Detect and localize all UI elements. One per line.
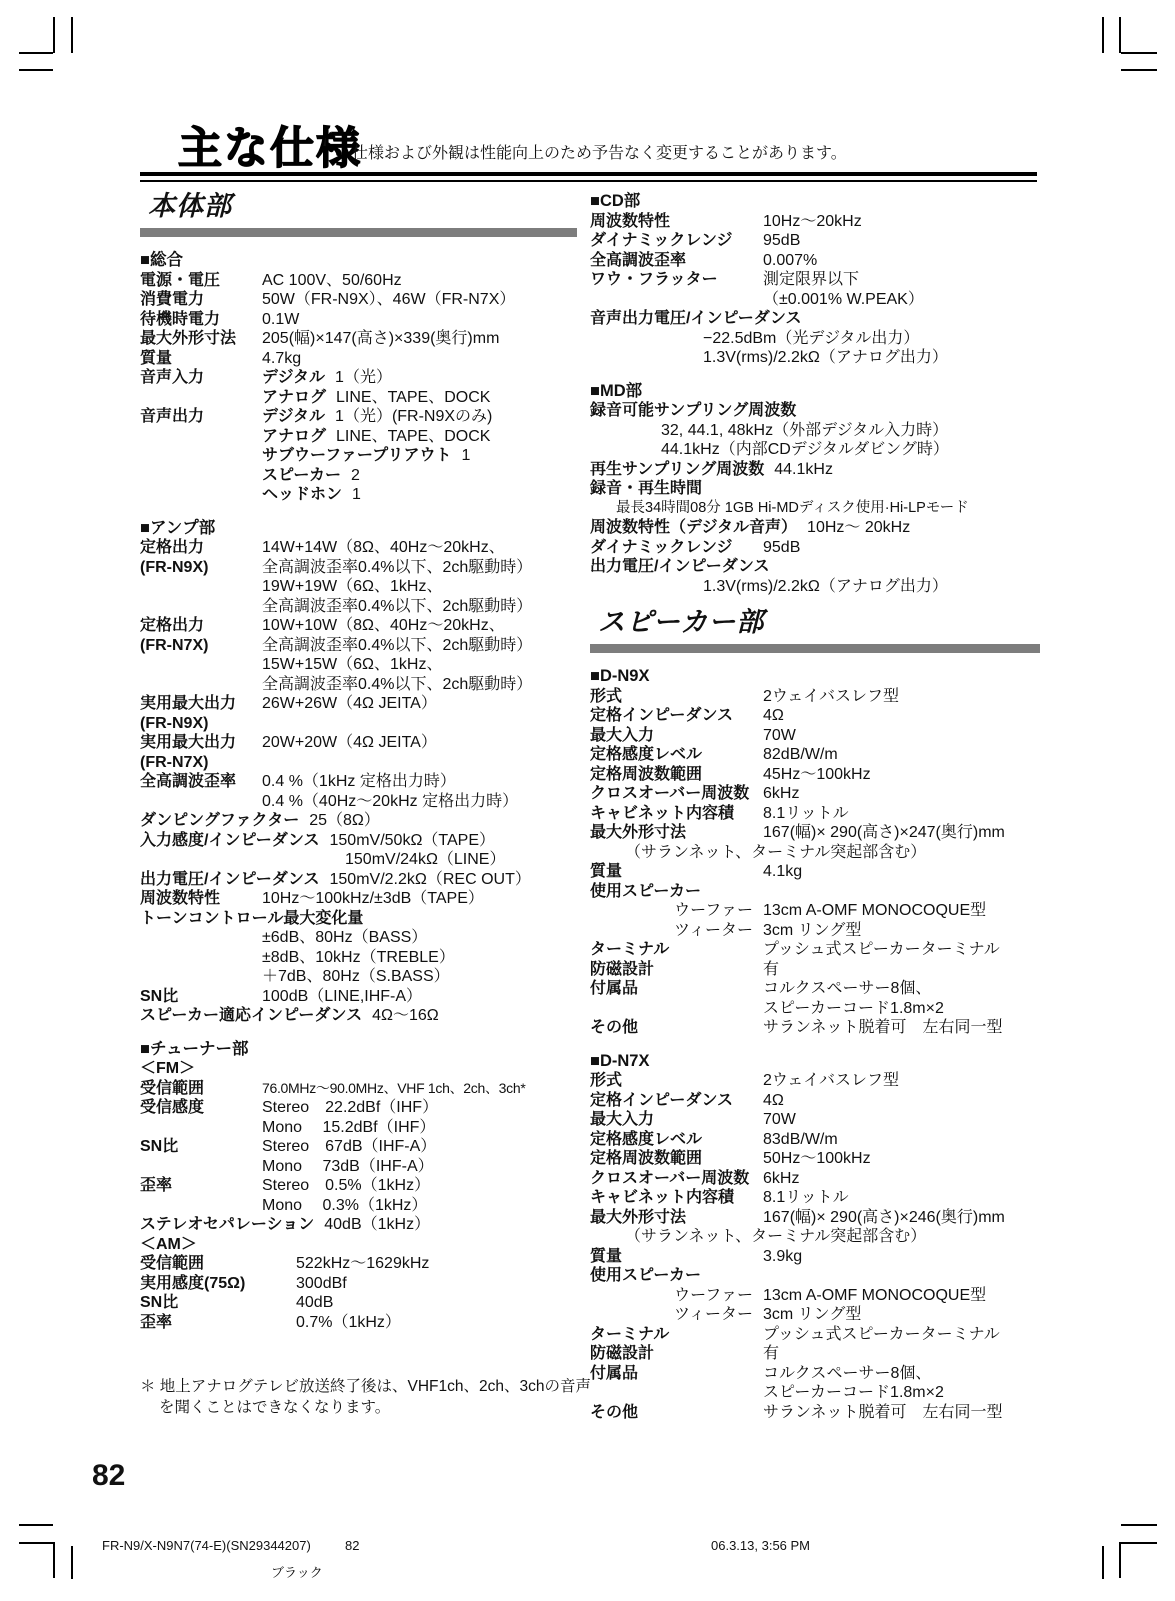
spec-value: 40dB bbox=[296, 1293, 333, 1313]
spec-value: （±0.001% W.PEAK） bbox=[763, 290, 924, 310]
spec-value: 2ウェイバスレフ型 bbox=[763, 687, 899, 707]
spec-section: ■アンプ部定格出力14W+14W（8Ω、40Hz〜20kHz、(FR-N9X)全… bbox=[140, 519, 577, 1026]
spec-section: ■MD部録音可能サンプリング周波数32, 44.1, 48kHz（外部デジタル入… bbox=[590, 382, 1040, 597]
spec-label: 周波数特性 bbox=[590, 212, 753, 232]
spec-value: 40dB（1kHz） bbox=[324, 1215, 430, 1235]
spec-value: 6kHz bbox=[763, 784, 799, 804]
spec-row: ターミナルプッシュ式スピーカーターミナル bbox=[590, 940, 1040, 960]
spec-row: サブウーファープリアウト1 bbox=[140, 446, 577, 466]
spec-value: 4.1kg bbox=[763, 862, 802, 882]
spec-label: 定格インピーダンス bbox=[590, 1091, 753, 1111]
spec-row: アナログLINE、TAPE、DOCK bbox=[140, 388, 577, 408]
spec-row: (FR-N7X)全高調波歪率0.4%以下、2ch駆動時） bbox=[140, 636, 577, 656]
spec-row: 使用スピーカー bbox=[590, 1266, 1040, 1286]
spec-value: 19W+19W（6Ω、1kHz、 bbox=[262, 577, 442, 597]
spec-sublabel: デジタル bbox=[262, 407, 325, 427]
spec-sublabel: アナログ bbox=[262, 427, 326, 447]
spec-row: 1.3V(rms)/2.2kΩ（アナログ出力） bbox=[590, 348, 1040, 368]
spec-row: 受信感度Stereo 22.2dBf（IHF） bbox=[140, 1098, 577, 1118]
spec-label: 全高調波歪率 bbox=[140, 772, 252, 792]
spec-label: SN比 bbox=[140, 1293, 286, 1313]
spec-label: (FR-N9X) bbox=[140, 558, 252, 578]
spec-value: 70W bbox=[763, 726, 796, 746]
spec-row: スピーカー2 bbox=[140, 466, 577, 486]
spec-value: 3.9kg bbox=[763, 1247, 802, 1267]
spec-row: 録音可能サンプリング周波数 bbox=[590, 401, 1040, 421]
spec-value: Mono 15.2dBf（IHF） bbox=[262, 1118, 435, 1138]
spec-value: プッシュ式スピーカーターミナル bbox=[763, 940, 1000, 960]
spec-value: 82dB/W/m bbox=[763, 745, 838, 765]
spec-label: 最大入力 bbox=[590, 1110, 753, 1130]
spec-row: 定格周波数範囲50Hz〜100kHz bbox=[590, 1149, 1040, 1169]
spec-label: キャビネット内容積 bbox=[590, 804, 753, 824]
spec-value: 全高調波歪率0.4%以下、2ch駆動時） bbox=[262, 597, 532, 617]
spec-row: 定格インピーダンス4Ω bbox=[590, 706, 1040, 726]
spec-value: Stereo 0.5%（1kHz） bbox=[262, 1176, 430, 1196]
spec-row: ヘッドホン1 bbox=[140, 485, 577, 505]
spec-row: 出力電圧/インピーダンス150mV/2.2kΩ（REC OUT） bbox=[140, 870, 577, 890]
spec-row: 全高調波歪率0.4%以下、2ch駆動時） bbox=[140, 675, 577, 695]
right-column: ■CD部周波数特性10Hz〜20kHzダイナミックレンジ95dB全高調波歪率0.… bbox=[590, 192, 1040, 1422]
spec-row: ワウ・フラッター測定限界以下 bbox=[590, 270, 1040, 290]
spec-value: 150mV/50kΩ（TAPE） bbox=[330, 831, 496, 851]
crop-mark bbox=[1102, 1546, 1104, 1579]
spec-value: サランネット脱着可 左右同一型 bbox=[763, 1018, 1003, 1038]
spec-value: スピーカーコード1.8m×2 bbox=[763, 1383, 944, 1403]
spec-row: 防磁設計有 bbox=[590, 960, 1040, 980]
spec-row: ウーファー13cm A-OMF MONOCOQUE型 bbox=[590, 901, 1040, 921]
spec-value: 全高調波歪率0.4%以下、2ch駆動時） bbox=[262, 558, 532, 578]
spec-row: 音声出力デジタル1（光）(FR-N9Xのみ) bbox=[140, 407, 577, 427]
spec-label: 実用最大出力 bbox=[140, 694, 252, 714]
crop-mark bbox=[1121, 52, 1157, 54]
crop-mark bbox=[19, 52, 53, 54]
spec-label: 最大外形寸法 bbox=[140, 329, 252, 349]
spec-value: 最長34時間08分 1GB Hi-MDディスク使用·Hi-LPモード bbox=[616, 499, 969, 519]
spec-row: (FR-N9X) bbox=[140, 714, 577, 734]
spec-label: 待機時電力 bbox=[140, 310, 252, 330]
spec-value: 1.3V(rms)/2.2kΩ（アナログ出力） bbox=[703, 577, 948, 597]
spec-label: ダイナミックレンジ bbox=[590, 538, 753, 558]
spec-row: 電源・電圧AC 100V、50/60Hz bbox=[140, 271, 577, 291]
spec-row: Mono 73dB（IHF-A） bbox=[140, 1157, 577, 1177]
spec-value: 3cm リング型 bbox=[763, 1305, 861, 1325]
spec-label: ツィーター bbox=[590, 921, 753, 941]
spec-row: 歪率Stereo 0.5%（1kHz） bbox=[140, 1176, 577, 1196]
spec-label: 形式 bbox=[590, 687, 753, 707]
spec-row: 32, 44.1, 48kHz（外部デジタル入力時） bbox=[590, 421, 1040, 441]
spec-label: クロスオーバー周波数 bbox=[590, 784, 753, 804]
spec-label: 受信感度 bbox=[140, 1098, 252, 1118]
spec-row: ±6dB、80Hz（BASS） bbox=[140, 928, 577, 948]
spec-label: 周波数特性 bbox=[140, 889, 252, 909]
spec-row: 15W+15W（6Ω、1kHz、 bbox=[140, 655, 577, 675]
spec-row: ＋7dB、80Hz（S.BASS） bbox=[140, 967, 577, 987]
spec-value: （サランネット、ターミナル突起部含む） bbox=[625, 843, 926, 863]
spec-row: （サランネット、ターミナル突起部含む） bbox=[590, 843, 1040, 863]
spec-row: ダイナミックレンジ95dB bbox=[590, 231, 1040, 251]
spec-label: (FR-N7X) bbox=[140, 636, 252, 656]
spec-row: 音声入力デジタル1（光） bbox=[140, 368, 577, 388]
spec-label: 歪率 bbox=[140, 1176, 252, 1196]
spec-row: Mono 0.3%（1kHz） bbox=[140, 1196, 577, 1216]
crop-mark bbox=[71, 1546, 73, 1579]
spec-value: コルクスペーサー8個、 bbox=[763, 1364, 931, 1384]
spec-row: ステレオセパレーション40dB（1kHz） bbox=[140, 1215, 577, 1235]
spec-section: ■D-N9X形式2ウェイバスレフ型定格インピーダンス4Ω最大入力70W定格感度レ… bbox=[590, 667, 1040, 1038]
spec-row: 防磁設計有 bbox=[590, 1344, 1040, 1364]
footer-doc-id: FR-N9/X-N9N7(74-E)(SN29344207) bbox=[102, 1538, 311, 1553]
spec-row: クロスオーバー周波数6kHz bbox=[590, 784, 1040, 804]
crop-mark bbox=[1119, 17, 1121, 53]
footer-doc-page: 82 bbox=[345, 1538, 359, 1553]
spec-row: SN比100dB（LINE,IHF-A） bbox=[140, 987, 577, 1007]
spec-label: 付属品 bbox=[590, 1364, 753, 1384]
spec-value: 1.3V(rms)/2.2kΩ（アナログ出力） bbox=[703, 348, 948, 368]
spec-row: 出力電圧/インピーダンス bbox=[590, 557, 1040, 577]
spec-label: 音声出力 bbox=[140, 407, 252, 427]
spec-label: キャビネット内容積 bbox=[590, 1188, 753, 1208]
spec-label: 防磁設計 bbox=[590, 1344, 753, 1364]
spec-value: Stereo 22.2dBf（IHF） bbox=[262, 1098, 438, 1118]
spec-value: 167(幅)× 290(高さ)×246(奥行)mm bbox=[763, 1208, 1005, 1228]
spec-row: 受信範囲76.0MHz〜90.0MHz、VHF 1ch、2ch、3ch* bbox=[140, 1079, 577, 1099]
crop-mark bbox=[71, 17, 73, 53]
spec-label: 防磁設計 bbox=[590, 960, 753, 980]
section-title: ■D-N9X bbox=[590, 667, 1040, 687]
spec-label: 定格インピーダンス bbox=[590, 706, 753, 726]
spec-label: ツィーター bbox=[590, 1305, 753, 1325]
spec-value: 4Ω bbox=[763, 1091, 784, 1111]
spec-label: SN比 bbox=[140, 987, 252, 1007]
spec-label: 実用最大出力 bbox=[140, 733, 252, 753]
spec-label: ターミナル bbox=[590, 1325, 753, 1345]
spec-label: 定格出力 bbox=[140, 616, 252, 636]
spec-row: ダイナミックレンジ95dB bbox=[590, 538, 1040, 558]
spec-row: 定格インピーダンス4Ω bbox=[590, 1091, 1040, 1111]
spec-value: 13cm A-OMF MONOCOQUE型 bbox=[763, 901, 986, 921]
spec-value: 1（光） bbox=[335, 368, 392, 388]
spec-sublabel: デジタル bbox=[262, 368, 325, 388]
spec-value: 全高調波歪率0.4%以下、2ch駆動時） bbox=[262, 636, 532, 656]
spec-label: 最大外形寸法 bbox=[590, 823, 753, 843]
crop-mark bbox=[53, 1542, 55, 1578]
spec-row: Mono 15.2dBf（IHF） bbox=[140, 1118, 577, 1138]
heading-bar bbox=[140, 228, 577, 237]
spec-label: クロスオーバー周波数 bbox=[590, 1169, 753, 1189]
crop-mark bbox=[53, 17, 55, 53]
spec-sublabel: サブウーファープリアウト bbox=[262, 446, 451, 466]
spec-value: 1 bbox=[352, 485, 361, 505]
spec-row: 付属品コルクスペーサー8個、 bbox=[590, 1364, 1040, 1384]
spec-value: 2ウェイバスレフ型 bbox=[763, 1071, 899, 1091]
spec-value: LINE、TAPE、DOCK bbox=[336, 427, 490, 447]
spec-row: 0.4 %（40Hz〜20kHz 定格出力時） bbox=[140, 792, 577, 812]
spec-value: コルクスペーサー8個、 bbox=[763, 979, 931, 999]
spec-row: SN比Stereo 67dB（IHF-A） bbox=[140, 1137, 577, 1157]
spec-row: 消費電力50W（FR-N9X）、46W（FR-N7X） bbox=[140, 290, 577, 310]
spec-label: 出力電圧/インピーダンス bbox=[140, 870, 320, 890]
spec-row: キャビネット内容積8.1リットル bbox=[590, 1188, 1040, 1208]
spec-value: 8.1リットル bbox=[763, 1188, 849, 1208]
spec-label: 使用スピーカー bbox=[590, 1266, 753, 1286]
page-subtitle: 仕様および外観は性能向上のため予告なく変更することがあります。 bbox=[352, 140, 847, 163]
spec-value: 167(幅)× 290(高さ)×247(奥行)mm bbox=[763, 823, 1005, 843]
left-column: 本体部■総合電源・電圧AC 100V、50/60Hz消費電力50W（FR-N9X… bbox=[140, 190, 577, 1418]
page-number: 82 bbox=[92, 1459, 125, 1493]
spec-value: 4Ω〜16Ω bbox=[372, 1006, 439, 1026]
spec-value: 2 bbox=[351, 466, 360, 486]
spec-row: 最大入力70W bbox=[590, 726, 1040, 746]
spec-value: スピーカーコード1.8m×2 bbox=[763, 999, 944, 1019]
spec-value: 44.1kHz bbox=[774, 460, 833, 480]
spec-row: 質量4.1kg bbox=[590, 862, 1040, 882]
spec-section: ■CD部周波数特性10Hz〜20kHzダイナミックレンジ95dB全高調波歪率0.… bbox=[590, 192, 1040, 368]
spec-value: 83dB/W/m bbox=[763, 1130, 838, 1150]
spec-label: ダンピングファクター bbox=[140, 811, 299, 831]
spec-label: ターミナル bbox=[590, 940, 753, 960]
spec-label: 形式 bbox=[590, 1071, 753, 1091]
spec-value: 10Hz〜 20kHz bbox=[807, 518, 910, 538]
spec-row: 再生サンプリング周波数44.1kHz bbox=[590, 460, 1040, 480]
spec-label: (FR-N9X) bbox=[140, 714, 252, 734]
spec-row: 最大外形寸法167(幅)× 290(高さ)×247(奥行)mm bbox=[590, 823, 1040, 843]
spec-label: トーンコントロール最大変化量 bbox=[140, 909, 363, 929]
spec-value: 150mV/2.2kΩ（REC OUT） bbox=[330, 870, 531, 890]
section-title: ■CD部 bbox=[590, 192, 1040, 212]
spec-row: アナログLINE、TAPE、DOCK bbox=[140, 427, 577, 447]
spec-label: 付属品 bbox=[590, 979, 753, 999]
spec-label: その他 bbox=[590, 1018, 753, 1038]
spec-row: 受信範囲522kHz〜1629kHz bbox=[140, 1254, 577, 1274]
spec-row: スピーカーコード1.8m×2 bbox=[590, 1383, 1040, 1403]
spec-value: 0.4 %（1kHz 定格出力時） bbox=[262, 772, 456, 792]
spec-value: 70W bbox=[763, 1110, 796, 1130]
spec-value: 26W+26W（4Ω JEITA） bbox=[262, 694, 437, 714]
spec-row: その他サランネット脱着可 左右同一型 bbox=[590, 1403, 1040, 1423]
spec-label: ＜AM＞ bbox=[140, 1235, 286, 1255]
header-rule-thick bbox=[140, 172, 1037, 176]
spec-row: ウーファー13cm A-OMF MONOCOQUE型 bbox=[590, 1286, 1040, 1306]
crop-mark bbox=[19, 1542, 53, 1544]
spec-row: スピーカー適応インピーダンス4Ω〜16Ω bbox=[140, 1006, 577, 1026]
header-rule-thin bbox=[140, 180, 1037, 182]
section-title: ■D-N7X bbox=[590, 1052, 1040, 1072]
spec-sublabel: アナログ bbox=[262, 388, 326, 408]
spec-label: 録音可能サンプリング周波数 bbox=[590, 401, 796, 421]
spec-label: 質量 bbox=[590, 1247, 753, 1267]
spec-value: 3cm リング型 bbox=[763, 921, 861, 941]
footer-color-label: ブラック bbox=[271, 1562, 323, 1581]
crop-mark bbox=[1119, 1542, 1121, 1578]
spec-row: ツィーター3cm リング型 bbox=[590, 1305, 1040, 1325]
spec-section: ■D-N7X形式2ウェイバスレフ型定格インピーダンス4Ω最大入力70W定格感度レ… bbox=[590, 1052, 1040, 1423]
spec-label: 受信範囲 bbox=[140, 1254, 286, 1274]
spec-label: 定格感度レベル bbox=[590, 1130, 753, 1150]
spec-label: その他 bbox=[590, 1403, 753, 1423]
spec-value: 95dB bbox=[763, 538, 800, 558]
spec-value: Stereo 67dB（IHF-A） bbox=[262, 1137, 436, 1157]
spec-row: 全高調波歪率0.007% bbox=[590, 251, 1040, 271]
spec-label: 定格周波数範囲 bbox=[590, 765, 753, 785]
spec-value: 4.7kg bbox=[262, 349, 301, 369]
spec-row: 150mV/24kΩ（LINE） bbox=[140, 850, 577, 870]
spec-row: 周波数特性10Hz〜100kHz/±3dB（TAPE） bbox=[140, 889, 577, 909]
spec-label: SN比 bbox=[140, 1137, 252, 1157]
spec-value: 4Ω bbox=[763, 706, 784, 726]
spec-label: ステレオセパレーション bbox=[140, 1215, 314, 1235]
spec-value: 10W+10W（8Ω、40Hz〜20kHz、 bbox=[262, 616, 505, 636]
spec-value: 13cm A-OMF MONOCOQUE型 bbox=[763, 1286, 986, 1306]
page-title: 主な仕様 bbox=[178, 112, 362, 176]
spec-row: 質量4.7kg bbox=[140, 349, 577, 369]
spec-value: 0.4 %（40Hz〜20kHz 定格出力時） bbox=[262, 792, 518, 812]
spec-value: 0.007% bbox=[763, 251, 817, 271]
spec-row: 44.1kHz（内部CDデジタルダビング時） bbox=[590, 440, 1040, 460]
spec-value: −22.5dBm（光デジタル出力） bbox=[703, 329, 919, 349]
spec-row: ＜AM＞ bbox=[140, 1235, 577, 1255]
spec-label: 質量 bbox=[590, 862, 753, 882]
spec-row: 定格感度レベル82dB/W/m bbox=[590, 745, 1040, 765]
spec-value: Mono 0.3%（1kHz） bbox=[262, 1196, 427, 1216]
spec-value: 50W（FR-N9X）、46W（FR-N7X） bbox=[262, 290, 515, 310]
spec-value: 300dBf bbox=[296, 1274, 347, 1294]
spec-label: 定格感度レベル bbox=[590, 745, 753, 765]
spec-value: 全高調波歪率0.4%以下、2ch駆動時） bbox=[262, 675, 532, 695]
spec-label: ウーファー bbox=[590, 1286, 753, 1306]
spec-section: ■総合電源・電圧AC 100V、50/60Hz消費電力50W（FR-N9X）、4… bbox=[140, 251, 577, 505]
spec-label: 音声出力電圧/インピーダンス bbox=[590, 309, 802, 329]
spec-row: 最大外形寸法205(幅)×147(高さ)×339(奥行)mm bbox=[140, 329, 577, 349]
crop-mark bbox=[1121, 69, 1157, 71]
spec-label: 録音・再生時間 bbox=[590, 479, 753, 499]
spec-value: 10Hz〜20kHz bbox=[763, 212, 862, 232]
spec-value: ±8dB、10kHz（TREBLE） bbox=[262, 948, 455, 968]
spec-row: （±0.001% W.PEAK） bbox=[590, 290, 1040, 310]
crop-mark bbox=[19, 69, 53, 71]
spec-value: ＋7dB、80Hz（S.BASS） bbox=[262, 967, 450, 987]
spec-row: （サランネット、ターミナル突起部含む） bbox=[590, 1227, 1040, 1247]
spec-value: 15W+15W（6Ω、1kHz、 bbox=[262, 655, 442, 675]
spec-row: 定格出力10W+10W（8Ω、40Hz〜20kHz、 bbox=[140, 616, 577, 636]
spec-label: (FR-N7X) bbox=[140, 753, 252, 773]
spec-row: 形式2ウェイバスレフ型 bbox=[590, 687, 1040, 707]
spec-row: 使用スピーカー bbox=[590, 882, 1040, 902]
spec-section: ＜AM＞受信範囲522kHz〜1629kHz実用感度(75Ω)300dBfSN比… bbox=[140, 1235, 577, 1333]
spec-label: 音声入力 bbox=[140, 368, 252, 388]
spec-row: 定格出力14W+14W（8Ω、40Hz〜20kHz、 bbox=[140, 538, 577, 558]
spec-row: 待機時電力0.1W bbox=[140, 310, 577, 330]
spec-label: 実用感度(75Ω) bbox=[140, 1274, 286, 1294]
spec-row: 19W+19W（6Ω、1kHz、 bbox=[140, 577, 577, 597]
spec-row: 質量3.9kg bbox=[590, 1247, 1040, 1267]
spec-value: 44.1kHz（内部CDデジタルダビング時） bbox=[661, 440, 949, 460]
spec-row: 実用最大出力26W+26W（4Ω JEITA） bbox=[140, 694, 577, 714]
spec-label: 出力電圧/インピーダンス bbox=[590, 557, 770, 577]
spec-row: 実用感度(75Ω)300dBf bbox=[140, 1274, 577, 1294]
spec-value: 1（光）(FR-N9Xのみ) bbox=[335, 407, 492, 427]
spec-value: 10Hz〜100kHz/±3dB（TAPE） bbox=[262, 889, 484, 909]
spec-row: 入力感度/インピーダンス150mV/50kΩ（TAPE） bbox=[140, 831, 577, 851]
spec-section: ■チューナー部＜FM＞受信範囲76.0MHz〜90.0MHz、VHF 1ch、2… bbox=[140, 1040, 577, 1235]
crop-mark bbox=[19, 1524, 53, 1526]
spec-row: ダンピングファクター25（8Ω） bbox=[140, 811, 577, 831]
section-title: ■チューナー部 bbox=[140, 1040, 577, 1060]
spec-value: 45Hz〜100kHz bbox=[763, 765, 871, 785]
spec-label: 再生サンプリング周波数 bbox=[590, 460, 764, 480]
spec-value: 0.1W bbox=[262, 310, 299, 330]
spec-value: 100dB（LINE,IHF-A） bbox=[262, 987, 422, 1007]
heading-bar bbox=[590, 644, 1040, 653]
spec-row: 録音・再生時間 bbox=[590, 479, 1040, 499]
spec-row: 形式2ウェイバスレフ型 bbox=[590, 1071, 1040, 1091]
spec-value: 8.1リットル bbox=[763, 804, 849, 824]
section-title: ■MD部 bbox=[590, 382, 1040, 402]
section-title: ■総合 bbox=[140, 251, 577, 271]
spec-row: トーンコントロール最大変化量 bbox=[140, 909, 577, 929]
footer-datetime: 06.3.13, 3:56 PM bbox=[711, 1538, 810, 1553]
spec-row: −22.5dBm（光デジタル出力） bbox=[590, 329, 1040, 349]
spec-row: 周波数特性10Hz〜20kHz bbox=[590, 212, 1040, 232]
spec-label: スピーカー適応インピーダンス bbox=[140, 1006, 362, 1026]
section-heading: 本体部 bbox=[140, 190, 577, 222]
spec-value: 32, 44.1, 48kHz（外部デジタル入力時） bbox=[661, 421, 948, 441]
spec-value: LINE、TAPE、DOCK bbox=[336, 388, 490, 408]
spec-label: 最大外形寸法 bbox=[590, 1208, 753, 1228]
spec-label: 定格出力 bbox=[140, 538, 252, 558]
spec-row: 全高調波歪率0.4%以下、2ch駆動時） bbox=[140, 597, 577, 617]
crop-mark bbox=[1102, 17, 1104, 53]
spec-row: 最長34時間08分 1GB Hi-MDディスク使用·Hi-LPモード bbox=[590, 499, 1040, 519]
spec-label: 全高調波歪率 bbox=[590, 251, 753, 271]
spec-row: 定格周波数範囲45Hz〜100kHz bbox=[590, 765, 1040, 785]
spec-value: 1 bbox=[461, 446, 470, 466]
spec-row: 付属品コルクスペーサー8個、 bbox=[590, 979, 1040, 999]
spec-value: 有 bbox=[763, 1344, 779, 1364]
spec-value: 522kHz〜1629kHz bbox=[296, 1254, 429, 1274]
spec-row: 全高調波歪率0.4 %（1kHz 定格出力時） bbox=[140, 772, 577, 792]
spec-value: 95dB bbox=[763, 231, 800, 251]
spec-label: ＜FM＞ bbox=[140, 1059, 252, 1079]
spec-row: キャビネット内容積8.1リットル bbox=[590, 804, 1040, 824]
spec-value: 測定限界以下 bbox=[763, 270, 859, 290]
spec-row: 最大外形寸法167(幅)× 290(高さ)×246(奥行)mm bbox=[590, 1208, 1040, 1228]
spec-value: Mono 73dB（IHF-A） bbox=[262, 1157, 434, 1177]
footnote: ＊ 地上アナログテレビ放送終了後は、VHF1ch、2ch、3chの音声を聞くこと… bbox=[140, 1376, 597, 1418]
spec-value: 76.0MHz〜90.0MHz、VHF 1ch、2ch、3ch* bbox=[262, 1079, 526, 1099]
spec-row: 定格感度レベル83dB/W/m bbox=[590, 1130, 1040, 1150]
spec-value: 25（8Ω） bbox=[309, 811, 380, 831]
spec-row: スピーカーコード1.8m×2 bbox=[590, 999, 1040, 1019]
spec-label: 使用スピーカー bbox=[590, 882, 753, 902]
spec-label: 周波数特性（デジタル音声） bbox=[590, 518, 797, 538]
spec-label: 最大入力 bbox=[590, 726, 753, 746]
spec-value: 20W+20W（4Ω JEITA） bbox=[262, 733, 437, 753]
spec-label: 受信範囲 bbox=[140, 1079, 252, 1099]
spec-label: 消費電力 bbox=[140, 290, 252, 310]
spec-label: 電源・電圧 bbox=[140, 271, 252, 291]
spec-value: ±6dB、80Hz（BASS） bbox=[262, 928, 427, 948]
spec-label: 歪率 bbox=[140, 1313, 286, 1333]
spec-value: プッシュ式スピーカーターミナル bbox=[763, 1325, 1000, 1345]
spec-row: 1.3V(rms)/2.2kΩ（アナログ出力） bbox=[590, 577, 1040, 597]
spec-value: （サランネット、ターミナル突起部含む） bbox=[625, 1227, 926, 1247]
spec-row: (FR-N7X) bbox=[140, 753, 577, 773]
spec-row: 音声出力電圧/インピーダンス bbox=[590, 309, 1040, 329]
spec-value: 150mV/24kΩ（LINE） bbox=[345, 850, 505, 870]
spec-label: 質量 bbox=[140, 349, 252, 369]
spec-value: 0.7%（1kHz） bbox=[296, 1313, 401, 1333]
